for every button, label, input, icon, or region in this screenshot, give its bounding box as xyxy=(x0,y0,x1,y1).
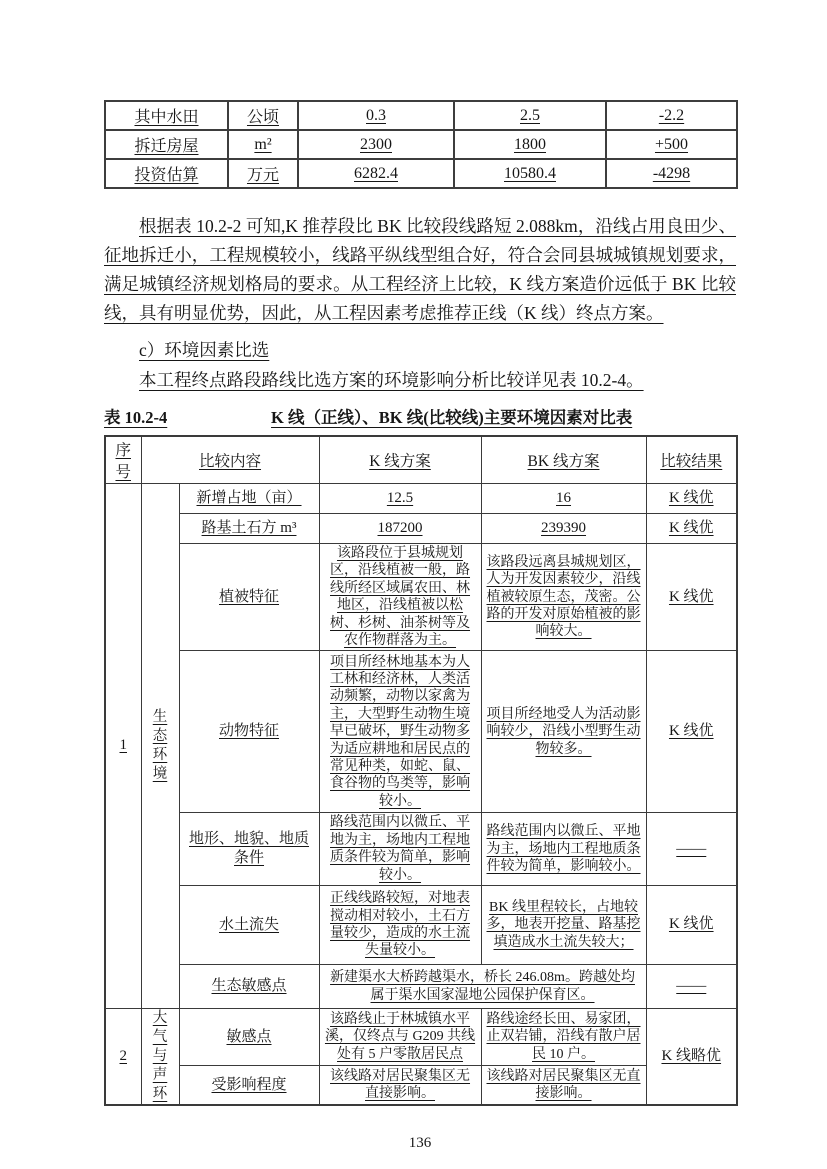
table-row: 植被特征 该路段位于县城规划区，沿线植被一般，路线所经区域属农田、林地区，沿线植… xyxy=(105,544,737,651)
row-item-label: 敏感点 xyxy=(179,1009,319,1066)
row-item-label: 受影响程度 xyxy=(179,1066,319,1106)
summary-unit: 万元 xyxy=(228,159,298,188)
table-row: 路基土石方 m³ 187200 239390 K 线优 xyxy=(105,514,737,544)
paragraph-engineering-conclusion: 根据表 10.2-2 可知,K 推荐段比 BK 比较段线路短 2.088km，沿… xyxy=(104,212,736,328)
k-cell: 该路线止于林城镇水平溪，仅终点与 G209 共线处有 5 户零散居民点 xyxy=(319,1009,481,1066)
k-cell: 该路段位于县城规划区，沿线植被一般，路线所经区域属农田、林地区，沿线植被以松树、… xyxy=(319,544,481,651)
header-bk: BK 线方案 xyxy=(481,436,646,484)
k-cell: 项目所经林地基本为人工林和经济林，人类活动频繁，动物以家禽为主，大型野生动物生境… xyxy=(319,651,481,813)
header-seq: 序号 xyxy=(105,436,141,484)
result-cell: K 线优 xyxy=(646,544,737,651)
bk-cell: 路线范围内以微丘、平地为主，场地内工程地质条件较为简单，影响较小。 xyxy=(481,813,646,886)
summary-bk-value: 10580.4 xyxy=(454,159,606,188)
summary-diff-value: +500 xyxy=(606,130,737,159)
table-row: 生态敏感点 新建渠水大桥跨越渠水，桥长 246.08m。跨越处均属于渠水国家湿地… xyxy=(105,965,737,1009)
bk-cell: 该路段远离县城规划区，人为开发因素较少，沿线植被较原生态，茂密。公路的开发对原始… xyxy=(481,544,646,651)
bk-cell: 项目所经地受人为活动影响较少，沿线小型野生动物较多。 xyxy=(481,651,646,813)
header-content: 比较内容 xyxy=(141,436,319,484)
table-lead-in: 本工程终点路段路线比选方案的环境影响分析比较详见表 10.2-4。 xyxy=(104,365,736,395)
k-cell: 187200 xyxy=(319,514,481,544)
row-item-label: 水土流失 xyxy=(179,886,319,965)
group2-label-air-noise: 大气与声环 xyxy=(141,1009,179,1106)
table-caption-number: 表 10.2-4 xyxy=(104,406,167,430)
section-c-heading: c）环境因素比选 xyxy=(104,335,736,365)
bk-cell: 该线路对居民聚集区无直接影响。 xyxy=(481,1066,646,1106)
table-caption-title: K 线（正线）、BK 线(比较线)主要环境因素对比表 xyxy=(167,406,736,430)
table-row: 水土流失 正线线路较短，对地表搅动相对较小，土石方量较少，造成的水土流失量较小。… xyxy=(105,886,737,965)
group1-seq: 1 xyxy=(105,484,141,1009)
summary-item-label: 拆迁房屋 xyxy=(105,130,228,159)
k-cell: 12.5 xyxy=(319,484,481,514)
summary-k-value: 2300 xyxy=(298,130,454,159)
document-page: 其中水田 公顷 0.3 2.5 -2.2 拆迁房屋 m² 2300 1800 +… xyxy=(0,0,827,1169)
summary-k-value: 6282.4 xyxy=(298,159,454,188)
result-cell: —— xyxy=(646,965,737,1009)
summary-row-paddy: 其中水田 公顷 0.3 2.5 -2.2 xyxy=(105,101,737,130)
table-row: 1 生态环境 新增占地（亩） 12.5 16 K 线优 xyxy=(105,484,737,514)
env-table-header-row: 序号 比较内容 K 线方案 BK 线方案 比较结果 xyxy=(105,436,737,484)
result-cell: K 线优 xyxy=(646,484,737,514)
bk-cell: 16 xyxy=(481,484,646,514)
summary-diff-value: -4298 xyxy=(606,159,737,188)
row-item-label: 路基土石方 m³ xyxy=(179,514,319,544)
summary-item-label: 投资估算 xyxy=(105,159,228,188)
summary-unit: 公顷 xyxy=(228,101,298,130)
summary-row-investment: 投资估算 万元 6282.4 10580.4 -4298 xyxy=(105,159,737,188)
row-item-label: 新增占地（亩） xyxy=(179,484,319,514)
bk-cell: 239390 xyxy=(481,514,646,544)
summary-unit: m² xyxy=(228,130,298,159)
k-cell: 该线路对居民聚集区无直接影响。 xyxy=(319,1066,481,1106)
result-cell: K 线略优 xyxy=(646,1009,737,1106)
summary-item-label: 其中水田 xyxy=(105,101,228,130)
table-row: 地形、地貌、地质条件 路线范围内以微丘、平地为主，场地内工程地质条件较为简单，影… xyxy=(105,813,737,886)
result-cell: K 线优 xyxy=(646,514,737,544)
row-item-label: 地形、地貌、地质条件 xyxy=(179,813,319,886)
summary-bk-value: 1800 xyxy=(454,130,606,159)
table-caption: 表 10.2-4 K 线（正线）、BK 线(比较线)主要环境因素对比表 xyxy=(104,406,736,430)
summary-k-value: 0.3 xyxy=(298,101,454,130)
summary-table: 其中水田 公顷 0.3 2.5 -2.2 拆迁房屋 m² 2300 1800 +… xyxy=(104,100,738,189)
result-cell: K 线优 xyxy=(646,886,737,965)
k-cell: 路线范围内以微丘、平地为主，场地内工程地质条件较为简单，影响较小。 xyxy=(319,813,481,886)
merged-k-bk-cell: 新建渠水大桥跨越渠水，桥长 246.08m。跨越处均属于渠水国家湿地公园保护保育… xyxy=(319,965,646,1009)
k-cell: 正线线路较短，对地表搅动相对较小，土石方量较少，造成的水土流失量较小。 xyxy=(319,886,481,965)
row-item-label: 生态敏感点 xyxy=(179,965,319,1009)
env-comparison-table: 序号 比较内容 K 线方案 BK 线方案 比较结果 1 生态环境 新增占地（亩）… xyxy=(104,435,738,1106)
summary-bk-value: 2.5 xyxy=(454,101,606,130)
table-row: 受影响程度 该线路对居民聚集区无直接影响。 该线路对居民聚集区无直接影响。 xyxy=(105,1066,737,1106)
group2-seq: 2 xyxy=(105,1009,141,1106)
bk-cell: 路线途经长田、易家团，止双岩铺，沿线有散户居民 10 户。 xyxy=(481,1009,646,1066)
group1-label-ecology: 生态环境 xyxy=(141,484,179,1009)
bk-cell: BK 线里程较长，占地较多，地表开挖量、路基挖填造成水土流失较大； xyxy=(481,886,646,965)
row-item-label: 动物特征 xyxy=(179,651,319,813)
page-number: 136 xyxy=(104,1135,736,1152)
header-k: K 线方案 xyxy=(319,436,481,484)
result-cell: K 线优 xyxy=(646,651,737,813)
result-cell: —— xyxy=(646,813,737,886)
row-item-label: 植被特征 xyxy=(179,544,319,651)
table-row: 2 大气与声环 敏感点 该路线止于林城镇水平溪，仅终点与 G209 共线处有 5… xyxy=(105,1009,737,1066)
table-row: 动物特征 项目所经林地基本为人工林和经济林，人类活动频繁，动物以家禽为主，大型野… xyxy=(105,651,737,813)
summary-row-demolition: 拆迁房屋 m² 2300 1800 +500 xyxy=(105,130,737,159)
header-result: 比较结果 xyxy=(646,436,737,484)
summary-diff-value: -2.2 xyxy=(606,101,737,130)
